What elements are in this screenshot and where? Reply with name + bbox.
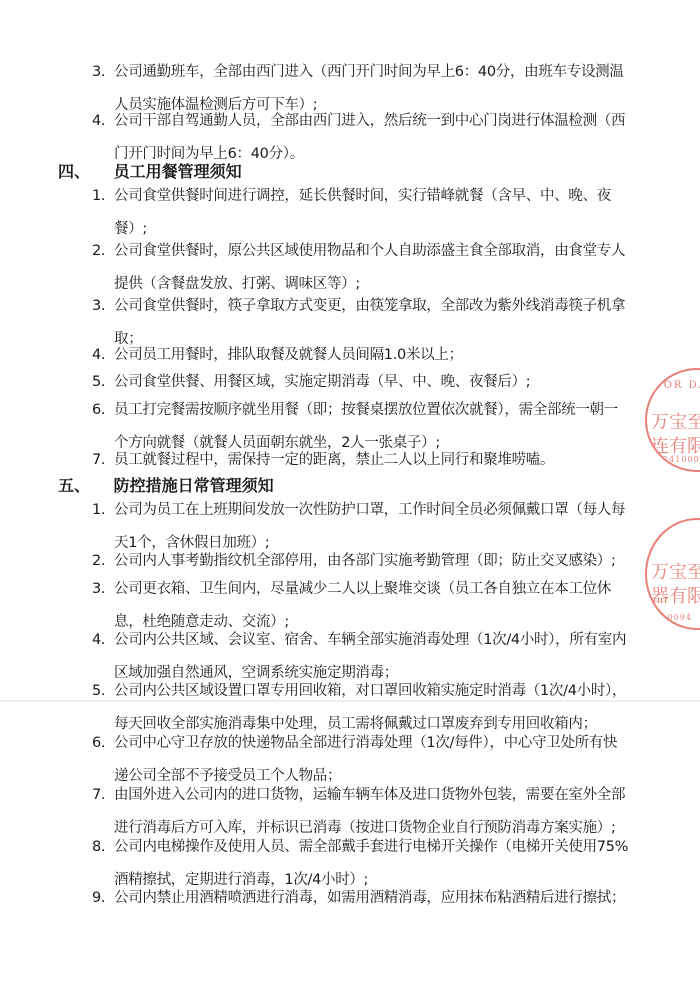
item-text: 由国外进入公司内的进口货物，运输车辆车体及进口货物外包装，需要在室外全部 [92, 779, 632, 812]
item-number: 4. [92, 624, 112, 657]
list-item: 9. 公司内禁止用酒精喷洒进行消毒，如需用酒精消毒，应用抹布粘酒精后进行擦拭； [92, 882, 632, 915]
stamp-text: 万宝至 [651, 408, 700, 434]
item-text: 公司食堂供餐时，原公共区域使用物品和个人自助添盛主食全部取消，由食堂专人 [92, 235, 632, 268]
stamp-text: 器有限公 [651, 582, 700, 608]
item-number: 6. [92, 394, 112, 427]
item-text: 公司内电梯操作及使用人员、需全部戴手套进行电梯开关操作（电梯开关使用75% [92, 831, 632, 864]
company-seal-stamp: 万宝至马 器有限公 ...0094 [645, 518, 700, 630]
section-title: 员工用餐管理须知 [114, 162, 242, 181]
item-text: 公司食堂供餐时间进行调控，延长供餐时间，实行错峰就餐（含早、中、晚、夜 [92, 180, 632, 213]
item-number: 1. [92, 494, 112, 527]
item-text: 公司通勤班车，全部由西门进入（西门开门时间为早上6：40分，由班车专设测温 [92, 56, 632, 89]
item-text: 公司干部自驾通勤人员，全部由西门进入，然后统一到中心门岗进行体温检测（西 [92, 105, 632, 138]
item-text: 公司内公共区域设置口罩专用回收箱，对口罩回收箱实施定时消毒（1次/4小时）， [92, 675, 632, 708]
item-number: 6. [92, 727, 112, 760]
scan-fold-line [0, 700, 700, 702]
item-text: 公司内公共区域、会议室、宿舍、车辆全部实施消毒处理（1次/4小时），所有室内 [92, 624, 632, 657]
item-number: 2. [92, 235, 112, 268]
item-text: 公司食堂供餐时，筷子拿取方式变更，由筷笼拿取，全部改为紫外线消毒筷子机拿 [92, 290, 632, 323]
company-seal-stamp: TOR DA 万宝至 连有限 0241000 [645, 368, 700, 472]
item-text: 公司更衣箱、卫生间内，尽量减少二人以上聚堆交谈（员工各自独立在本工位休 [92, 573, 632, 606]
item-number: 7. [92, 779, 112, 812]
item-text: 公司中心守卫存放的快递物品全部进行消毒处理（1次/每件），中心守卫处所有快 [92, 727, 632, 760]
item-number: 1. [92, 180, 112, 213]
stamp-text: 万宝至马 [651, 558, 700, 584]
item-number: 5. [92, 675, 112, 708]
item-number: 3. [92, 56, 112, 89]
item-text: 公司为员工在上班期间发放一次性防护口罩，工作时间全员必须佩戴口罩（每人每 [92, 494, 632, 527]
item-number: 9. [92, 882, 112, 915]
item-number: 3. [92, 290, 112, 323]
stamp-top-text: TOR DA [655, 380, 700, 391]
stamp-bottom-text: 0241000 [657, 455, 700, 464]
section-title: 防控措施日常管理须知 [114, 476, 274, 495]
item-number: 8. [92, 831, 112, 864]
document-page: 3. 公司通勤班车，全部由西门进入（西门开门时间为早上6：40分，由班车专设测温… [0, 0, 700, 991]
item-text: 员工打完餐需按顺序就坐用餐（即；按餐桌摆放位置依次就餐），需全部统一朝一 [92, 394, 632, 427]
stamp-bottom-text: ...0094 [657, 613, 692, 622]
item-number: 3. [92, 573, 112, 606]
item-number: 4. [92, 105, 112, 138]
item-text: 公司内禁止用酒精喷洒进行消毒，如需用酒精消毒，应用抹布粘酒精后进行擦拭； [92, 882, 632, 915]
